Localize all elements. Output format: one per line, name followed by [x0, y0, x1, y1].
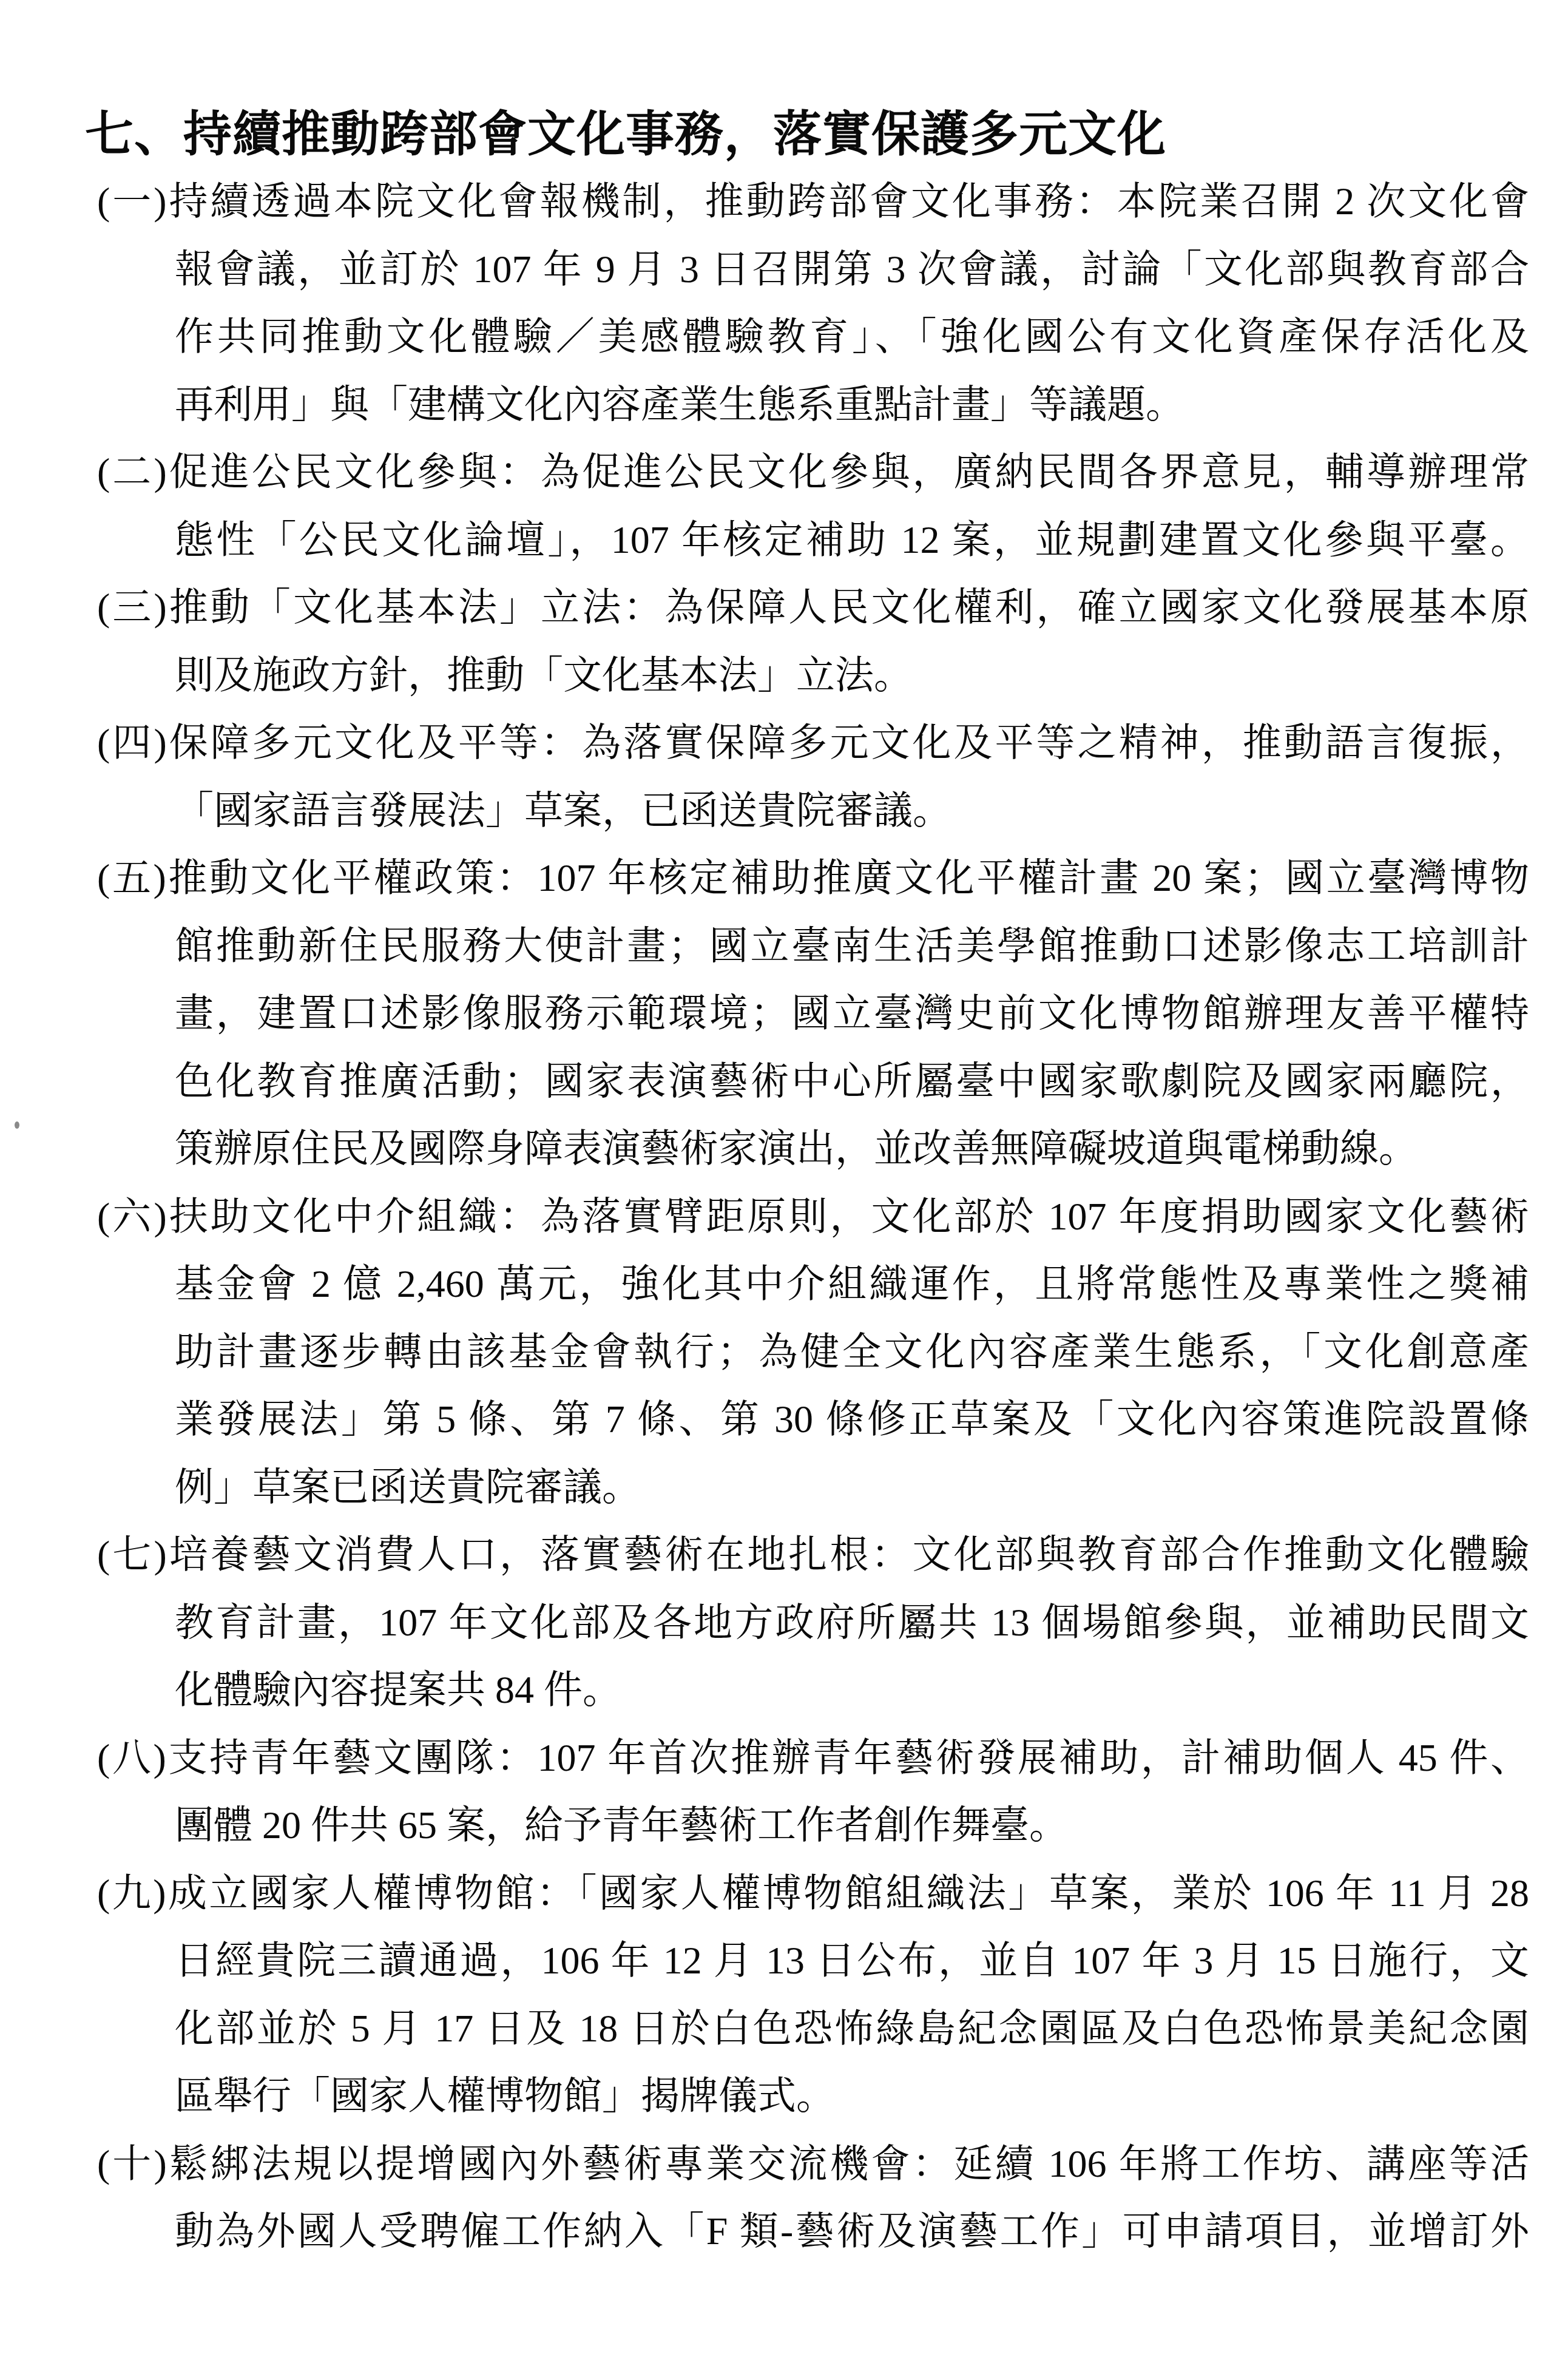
document-page: 七、持續推動跨部會文化事務，落實保護多元文化 (一)持續透過本院文化會報機制，推… [0, 0, 1568, 2360]
list-item: (四)保障多元文化及平等：為落實保障多元文化及平等之精神，推動語言復振， 「國家… [97, 709, 1529, 844]
line-text: 鬆綁法規以提增國內外藝術專業交流機會：延續 106 年將工作坊、講座等活 [167, 2142, 1529, 2185]
item-label: (一) [97, 180, 166, 223]
text-line: 動為外國人受聘僱工作納入「F 類-藝術及演藝工作」可申請項目，並增訂外 [175, 2197, 1529, 2265]
line-text: 成立國家人權博物館：「國家人權博物館組織法」草案，業於 106 年 11 月 2… [166, 1871, 1529, 1915]
text-line: (四)保障多元文化及平等：為落實保障多元文化及平等之精神，推動語言復振， [97, 709, 1529, 777]
document-body: (一)持續透過本院文化會報機制，推動跨部會文化事務：本院業召開 2 次文化會 報… [97, 167, 1529, 2265]
text-line: 策辦原住民及國際身障表演藝術家演出，並改善無障礙坡道與電梯動線。 [175, 1115, 1529, 1183]
text-line: (三)推動「文化基本法」立法：為保障人民文化權利，確立國家文化發展基本原 [97, 573, 1529, 641]
text-line: 化體驗內容提案共 84 件。 [175, 1656, 1529, 1724]
line-text: 促進公民文化參與：為促進公民文化參與，廣納民間各界意見，輔導辦理常 [167, 450, 1529, 493]
item-label: (四) [97, 721, 167, 764]
line-text: 保障多元文化及平等：為落實保障多元文化及平等之精神，推動語言復振， [167, 721, 1529, 764]
text-line: 業發展法」第 5 條、第 7 條、第 30 條修正草案及「文化內容策進院設置條 [175, 1385, 1529, 1453]
list-item: (二)促進公民文化參與：為促進公民文化參與，廣納民間各界意見，輔導辦理常 態性「… [97, 438, 1529, 573]
list-item: (八)支持青年藝文團隊：107 年首次推辦青年藝術發展補助，計補助個人 45 件… [97, 1724, 1529, 1859]
line-text: 推動文化平權政策：107 年核定補助推廣文化平權計畫 20 案；國立臺灣博物 [166, 856, 1529, 899]
item-label: (三) [97, 586, 167, 629]
scan-artifact-dot [15, 1121, 19, 1129]
text-line: 「國家語言發展法」草案，已函送貴院審議。 [175, 777, 1529, 845]
text-line: (六)扶助文化中介組織：為落實臂距原則，文化部於 107 年度捐助國家文化藝術 [97, 1183, 1529, 1251]
list-item: (三)推動「文化基本法」立法：為保障人民文化權利，確立國家文化發展基本原 則及施… [97, 573, 1529, 709]
line-text: 推動「文化基本法」立法：為保障人民文化權利，確立國家文化發展基本原 [167, 586, 1529, 629]
line-text: 培養藝文消費人口，落實藝術在地扎根：文化部與教育部合作推動文化體驗 [167, 1533, 1529, 1576]
text-line: (九)成立國家人權博物館：「國家人權博物館組織法」草案，業於 106 年 11 … [97, 1859, 1529, 1927]
text-line: 例」草案已函送貴院審議。 [175, 1453, 1529, 1521]
text-line: (十)鬆綁法規以提增國內外藝術專業交流機會：延續 106 年將工作坊、講座等活 [97, 2130, 1529, 2198]
text-line: 再利用」與「建構文化內容產業生態系重點計畫」等議題。 [175, 371, 1529, 439]
text-line: (二)促進公民文化參與：為促進公民文化參與，廣納民間各界意見，輔導辦理常 [97, 438, 1529, 506]
list-item: (七)培養藝文消費人口，落實藝術在地扎根：文化部與教育部合作推動文化體驗 教育計… [97, 1521, 1529, 1724]
text-line: 團體 20 件共 65 案，給予青年藝術工作者創作舞臺。 [175, 1791, 1529, 1859]
item-label: (五) [97, 856, 166, 899]
text-line: 則及施政方針，推動「文化基本法」立法。 [175, 641, 1529, 709]
text-line: 日經貴院三讀通過，106 年 12 月 13 日公布，並自 107 年 3 月 … [175, 1927, 1529, 1995]
list-item: (六)扶助文化中介組織：為落實臂距原則，文化部於 107 年度捐助國家文化藝術 … [97, 1183, 1529, 1521]
text-line: 基金會 2 億 2,460 萬元，強化其中介組織運作，且將常態性及專業性之獎補 [175, 1250, 1529, 1318]
list-item: (五)推動文化平權政策：107 年核定補助推廣文化平權計畫 20 案；國立臺灣博… [97, 844, 1529, 1183]
text-line: 教育計畫，107 年文化部及各地方政府所屬共 13 個場館參與，並補助民間文 [175, 1589, 1529, 1657]
list-item: (九)成立國家人權博物館：「國家人權博物館組織法」草案，業於 106 年 11 … [97, 1859, 1529, 2130]
text-line: (五)推動文化平權政策：107 年核定補助推廣文化平權計畫 20 案；國立臺灣博… [97, 844, 1529, 912]
text-line: (一)持續透過本院文化會報機制，推動跨部會文化事務：本院業召開 2 次文化會 [97, 167, 1529, 235]
text-line: 態性「公民文化論壇」，107 年核定補助 12 案，並規劃建置文化參與平臺。 [175, 506, 1529, 574]
line-text: 扶助文化中介組織：為落實臂距原則，文化部於 107 年度捐助國家文化藝術 [167, 1195, 1529, 1238]
text-line: 畫，建置口述影像服務示範環境；國立臺灣史前文化博物館辦理友善平權特 [175, 979, 1529, 1047]
text-line: 區舉行「國家人權博物館」揭牌儀式。 [175, 2062, 1529, 2130]
document-title: 七、持續推動跨部會文化事務，落實保護多元文化 [85, 106, 1166, 164]
text-line: (七)培養藝文消費人口，落實藝術在地扎根：文化部與教育部合作推動文化體驗 [97, 1521, 1529, 1589]
line-text: 持續透過本院文化會報機制，推動跨部會文化事務：本院業召開 2 次文化會 [166, 180, 1529, 223]
text-line: 色化教育推廣活動；國家表演藝術中心所屬臺中國家歌劇院及國家兩廳院， [175, 1047, 1529, 1115]
item-label: (二) [97, 450, 167, 493]
item-label: (十) [97, 2142, 167, 2185]
line-text: 支持青年藝文團隊：107 年首次推辦青年藝術發展補助，計補助個人 45 件、 [166, 1736, 1529, 1779]
item-label: (九) [97, 1871, 166, 1915]
text-line: 助計畫逐步轉由該基金會執行；為健全文化內容產業生態系，「文化創意產 [175, 1318, 1529, 1386]
item-label: (六) [97, 1195, 167, 1238]
text-line: 作共同推動文化體驗／美感體驗教育」、「強化國公有文化資產保存活化及 [175, 303, 1529, 371]
text-line: 館推動新住民服務大使計畫；國立臺南生活美學館推動口述影像志工培訓計 [175, 912, 1529, 980]
list-item: (一)持續透過本院文化會報機制，推動跨部會文化事務：本院業召開 2 次文化會 報… [97, 167, 1529, 438]
text-line: 報會議，並訂於 107 年 9 月 3 日召開第 3 次會議，討論「文化部與教育… [175, 235, 1529, 303]
item-label: (八) [97, 1736, 166, 1779]
item-label: (七) [97, 1533, 167, 1576]
text-line: 化部並於 5 月 17 日及 18 日於白色恐怖綠島紀念園區及白色恐怖景美紀念園 [175, 1995, 1529, 2063]
list-item: (十)鬆綁法規以提增國內外藝術專業交流機會：延續 106 年將工作坊、講座等活 … [97, 2130, 1529, 2265]
text-line: (八)支持青年藝文團隊：107 年首次推辦青年藝術發展補助，計補助個人 45 件… [97, 1724, 1529, 1792]
